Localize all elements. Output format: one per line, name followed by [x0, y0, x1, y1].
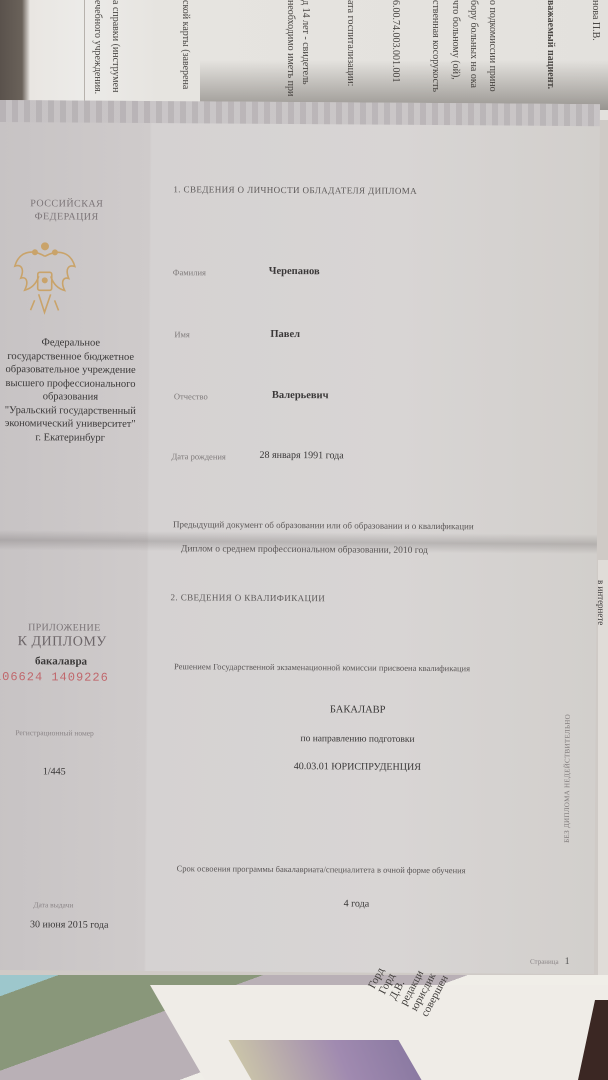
page-indicator: Страница1 — [530, 956, 570, 967]
bg-text-fragment: а справки (инструмен — [110, 0, 121, 105]
institution-line: экономический университет" — [0, 417, 153, 432]
serial-number: 106624 1409226 — [0, 670, 134, 685]
direction-label: по направлению подготовки — [208, 733, 508, 745]
institution-line: государственное бюджетное — [0, 349, 153, 364]
supplement-title-line1: ПРИЛОЖЕНИЕ — [0, 622, 134, 634]
institution-line: "Уральский государственный — [0, 403, 153, 418]
institution-line: Федеральное — [0, 336, 153, 351]
bg-text-fragment: в интернете — [596, 580, 606, 625]
program-duration-label: Срок освоения программы бакалавриата/спе… — [177, 863, 466, 875]
qualification-decision-text: Решением Государственной экзаменационной… — [174, 661, 470, 673]
floral-cloth — [228, 1040, 421, 1080]
first-name-label: Имя — [174, 329, 190, 339]
paper-fold — [0, 530, 597, 554]
issue-date: 30 июня 2015 года — [0, 919, 144, 931]
qualification: БАКАЛАВР — [208, 703, 508, 716]
surname-label: Фамилия — [173, 267, 206, 277]
section-2-heading: 2. СВЕДЕНИЯ О КВАЛИФИКАЦИИ — [170, 592, 325, 603]
direction-of-study: 40.03.01 ЮРИСПРУДЕНЦИЯ — [207, 760, 507, 773]
bg-text-fragment: ечебного учреждения. — [92, 0, 103, 105]
section-1-heading: 1. СВЕДЕНИЯ О ЛИЧНОСТИ ОБЛАДАТЕЛЯ ДИПЛОМ… — [173, 184, 417, 196]
issue-date-label: Дата выдачи — [0, 900, 118, 910]
double-headed-eagle-icon — [10, 238, 79, 318]
first-name-value: Павел — [270, 329, 300, 340]
birth-date-label: Дата рождения — [171, 451, 225, 461]
birth-date-value: 28 января 1991 года — [259, 450, 343, 462]
right-edge-paper: в интернете — [598, 560, 608, 980]
diploma-supplement-sheet: РОССИЙСКАЯ ФЕДЕРАЦИЯ Федеральное государ… — [0, 100, 600, 974]
previous-document-label: Предыдущий документ об образовании или о… — [173, 519, 474, 531]
page-number: 1 — [565, 956, 570, 967]
country-line: РОССИЙСКАЯ — [0, 197, 134, 211]
patronymic-value: Валерьевич — [272, 390, 329, 401]
program-duration: 4 года — [206, 897, 506, 910]
country-name: РОССИЙСКАЯ ФЕДЕРАЦИЯ — [0, 197, 134, 224]
institution-line: высшего профессионального — [0, 376, 153, 391]
surname-value: Черепанов — [269, 266, 320, 277]
supplement-title-line2: К ДИПЛОМУ — [0, 634, 132, 651]
validity-note: БЕЗ ДИПЛОМА НЕДЕЙСТВИТЕЛЬНО — [563, 714, 572, 843]
paper-rule-line — [84, 0, 85, 105]
page-label: Страница — [530, 958, 559, 966]
institution-name: Федеральное государственное бюджетное об… — [0, 336, 153, 445]
degree-level: бакалавра — [0, 655, 126, 668]
institution-line: образования — [0, 390, 153, 405]
institution-line: образовательное учреждение — [0, 363, 153, 378]
patronymic-label: Отчество — [174, 391, 208, 401]
registration-number: 1/445 — [0, 766, 119, 778]
registration-number-label: Регистрационный номер — [0, 728, 120, 739]
country-line: ФЕДЕРАЦИЯ — [0, 210, 134, 224]
institution-city: г. Екатеринбург — [0, 430, 153, 445]
bg-text-fragment: ской карты (заверена — [180, 0, 191, 105]
